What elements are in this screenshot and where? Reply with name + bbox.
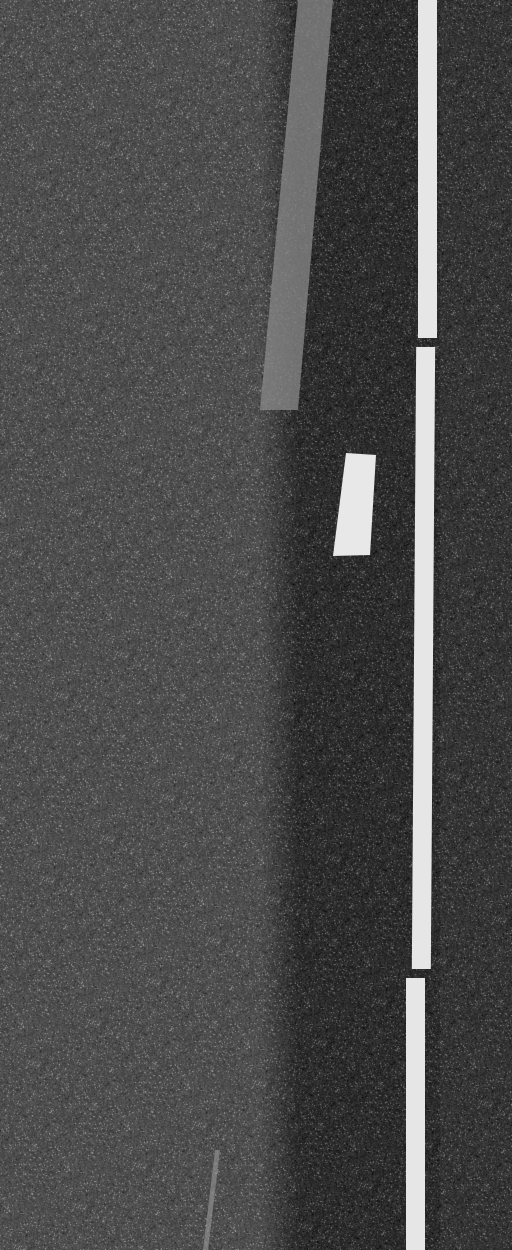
solid-lane-line-segment-3 [406,978,425,1250]
solid-lane-line-segment-1 [418,0,437,338]
road-surface-image [0,0,512,1250]
